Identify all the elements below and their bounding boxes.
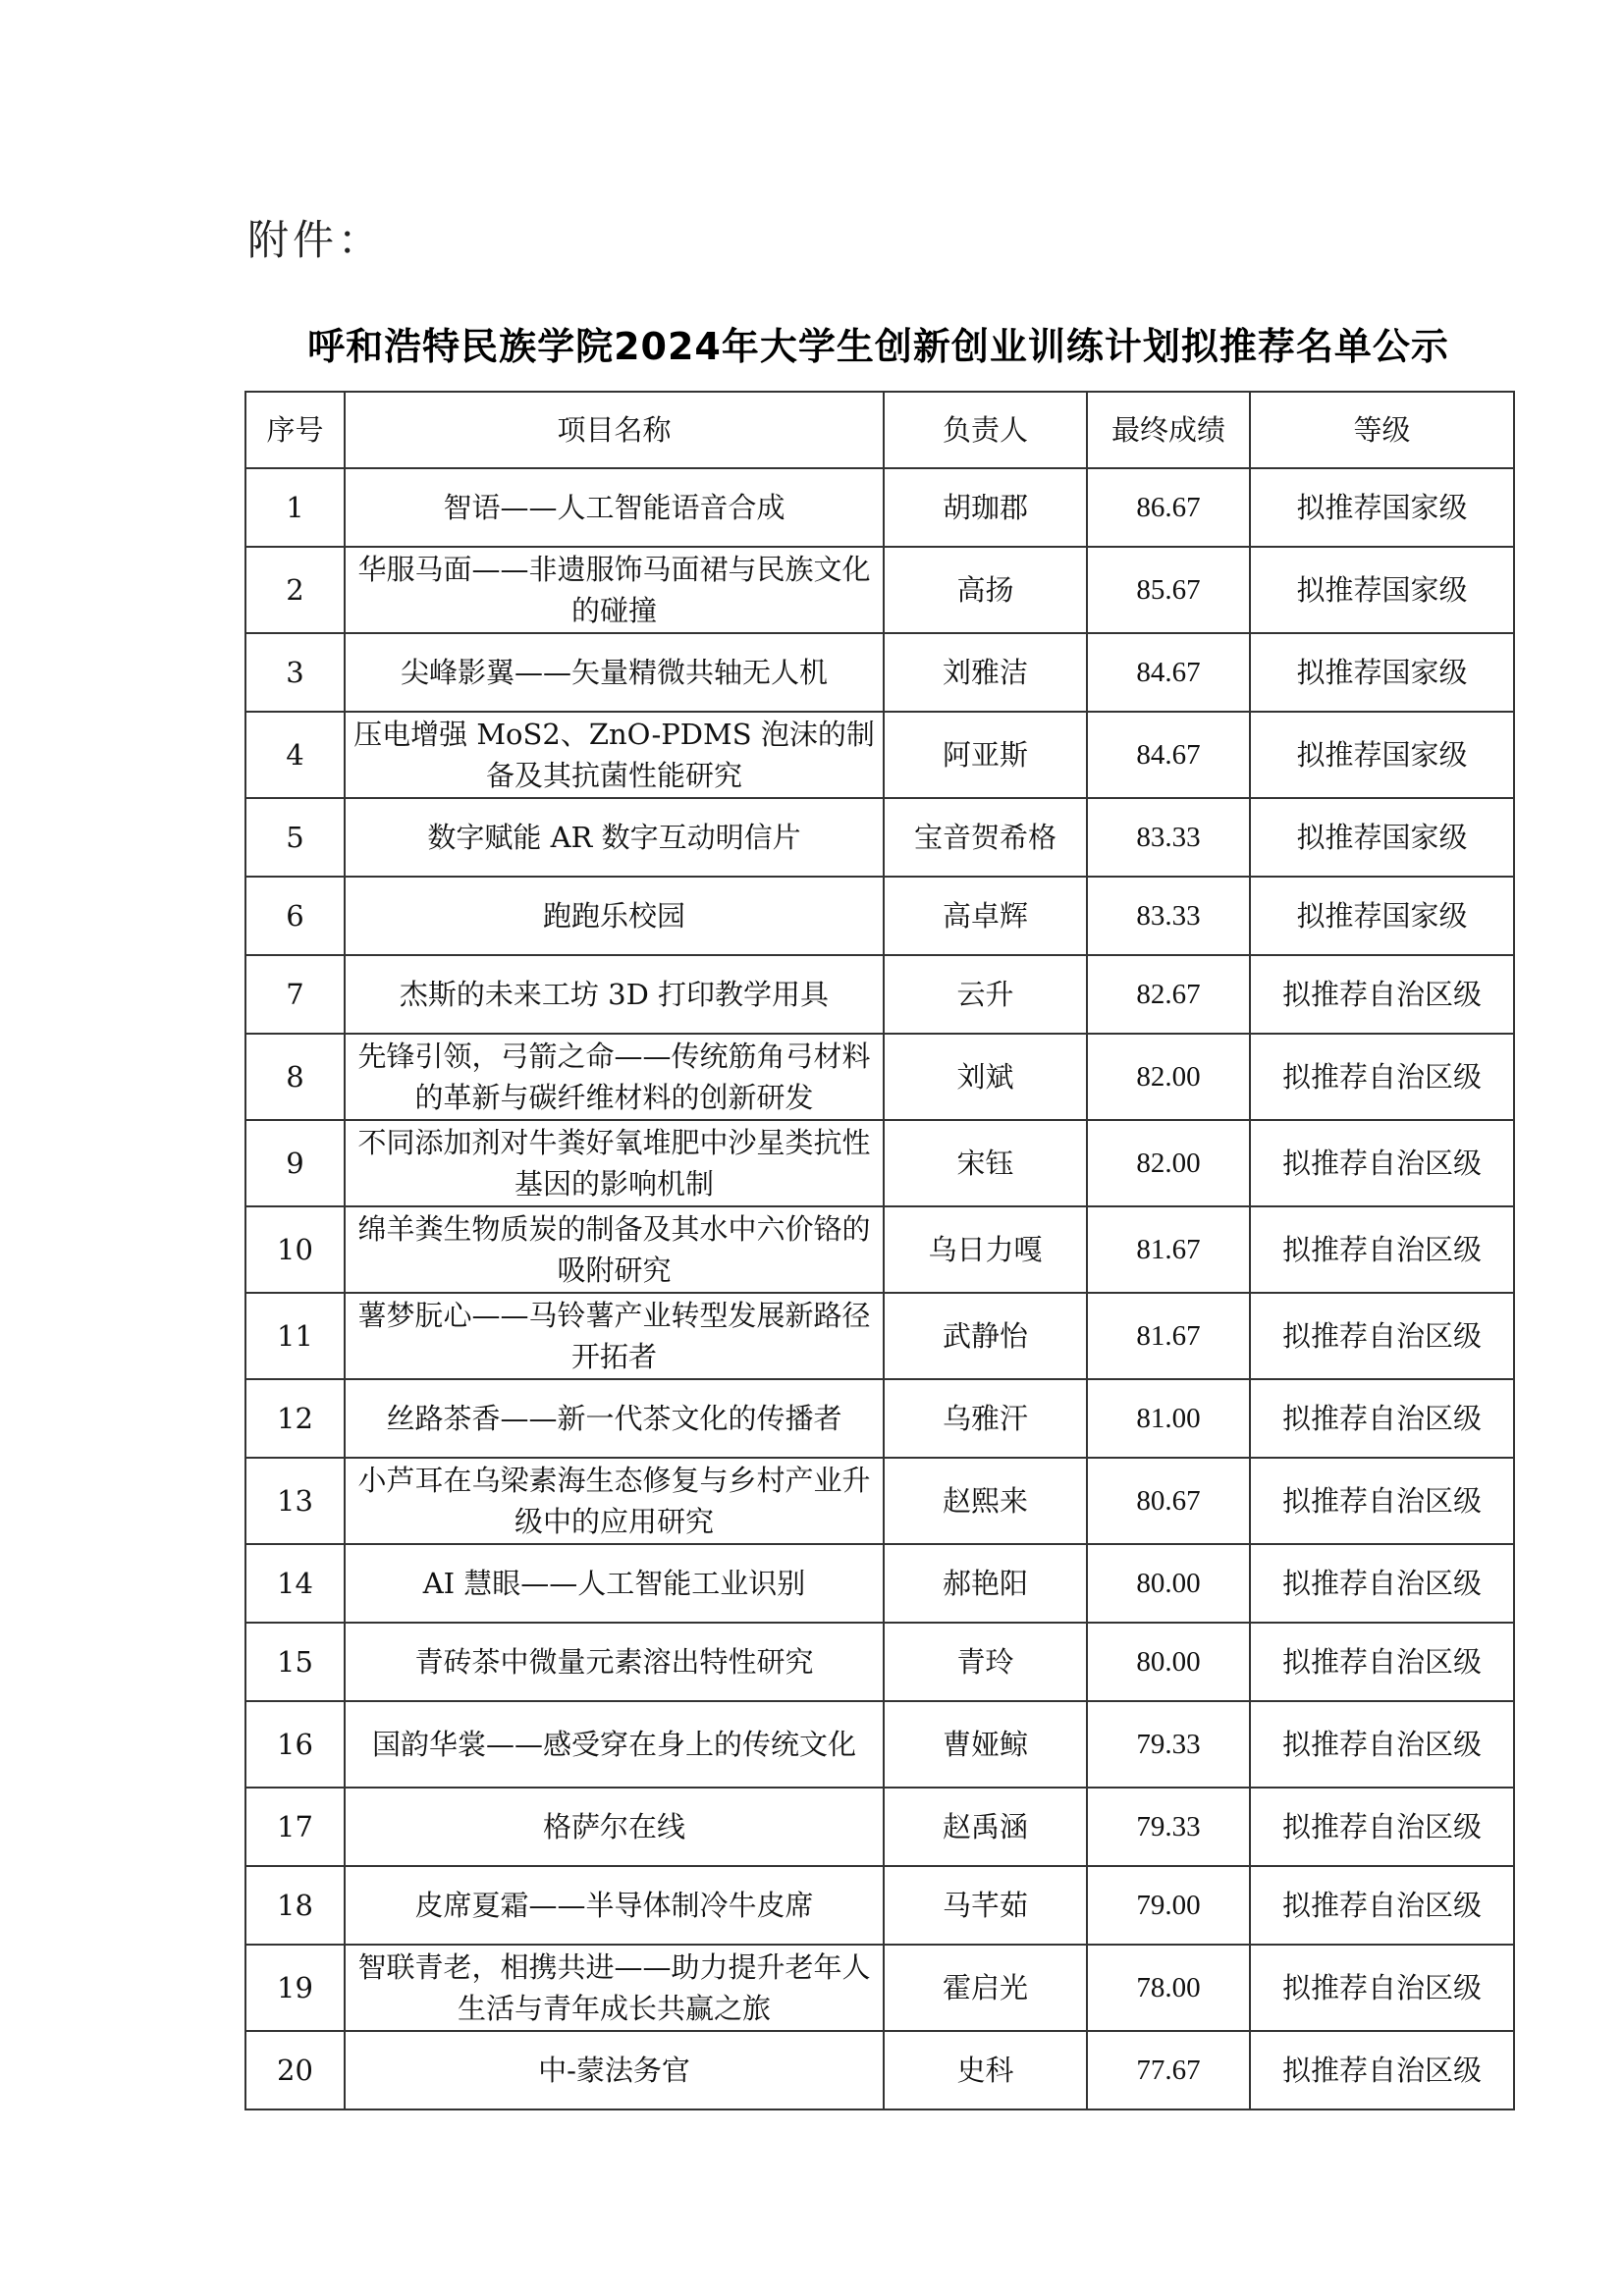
final-score: 80.00	[1087, 1544, 1250, 1623]
recommendation-table: 序号 项目名称 负责人 最终成绩 等级 1智语——人工智能语音合成胡珈郡86.6…	[244, 391, 1515, 2110]
grade-level: 拟推荐国家级	[1250, 547, 1514, 633]
table-row: 3尖峰影翼——矢量精微共轴无人机刘雅洁84.67拟推荐国家级	[245, 633, 1514, 712]
leader-name: 赵熙来	[884, 1458, 1087, 1544]
row-number: 4	[245, 712, 345, 798]
final-score: 81.67	[1087, 1293, 1250, 1379]
project-name: 丝路茶香——新一代茶文化的传播者	[345, 1379, 884, 1458]
leader-name: 史科	[884, 2031, 1087, 2109]
table-row: 11薯梦朊心——马铃薯产业转型发展新路径开拓者武静怡81.67拟推荐自治区级	[245, 1293, 1514, 1379]
final-score: 79.33	[1087, 1701, 1250, 1788]
table-row: 18皮席夏霜——半导体制冷牛皮席马芊茹79.00拟推荐自治区级	[245, 1866, 1514, 1945]
project-name: 杰斯的未来工坊 3D 打印教学用具	[345, 955, 884, 1034]
project-name: AI 慧眼——人工智能工业识别	[345, 1544, 884, 1623]
project-name: 压电增强 MoS2、ZnO-PDMS 泡沫的制备及其抗菌性能研究	[345, 712, 884, 798]
project-name: 绵羊粪生物质炭的制备及其水中六价铬的吸附研究	[345, 1206, 884, 1293]
grade-level: 拟推荐国家级	[1250, 633, 1514, 712]
grade-level: 拟推荐自治区级	[1250, 1945, 1514, 2031]
project-name: 小芦耳在乌梁素海生态修复与乡村产业升级中的应用研究	[345, 1458, 884, 1544]
row-number: 6	[245, 877, 345, 955]
row-number: 19	[245, 1945, 345, 2031]
row-number: 7	[245, 955, 345, 1034]
row-number: 5	[245, 798, 345, 877]
grade-level: 拟推荐自治区级	[1250, 1206, 1514, 1293]
final-score: 80.00	[1087, 1623, 1250, 1701]
table-row: 4压电增强 MoS2、ZnO-PDMS 泡沫的制备及其抗菌性能研究阿亚斯84.6…	[245, 712, 1514, 798]
row-number: 18	[245, 1866, 345, 1945]
final-score: 86.67	[1087, 468, 1250, 547]
table-header-row: 序号 项目名称 负责人 最终成绩 等级	[245, 392, 1514, 468]
project-name: 皮席夏霜——半导体制冷牛皮席	[345, 1866, 884, 1945]
table-row: 10绵羊粪生物质炭的制备及其水中六价铬的吸附研究乌日力嘎81.67拟推荐自治区级	[245, 1206, 1514, 1293]
attachment-label: 附件：	[247, 208, 383, 267]
final-score: 78.00	[1087, 1945, 1250, 2031]
grade-level: 拟推荐自治区级	[1250, 1293, 1514, 1379]
leader-name: 郝艳阳	[884, 1544, 1087, 1623]
leader-name: 武静怡	[884, 1293, 1087, 1379]
row-number: 13	[245, 1458, 345, 1544]
header-grade: 等级	[1250, 392, 1514, 468]
final-score: 83.33	[1087, 877, 1250, 955]
table-row: 19智联青老，相携共进——助力提升老年人生活与青年成长共赢之旅霍启光78.00拟…	[245, 1945, 1514, 2031]
row-number: 2	[245, 547, 345, 633]
leader-name: 刘斌	[884, 1034, 1087, 1120]
row-number: 20	[245, 2031, 345, 2109]
row-number: 16	[245, 1701, 345, 1788]
row-number: 12	[245, 1379, 345, 1458]
final-score: 85.67	[1087, 547, 1250, 633]
table-row: 17格萨尔在线赵禹涵79.33拟推荐自治区级	[245, 1788, 1514, 1866]
final-score: 80.67	[1087, 1458, 1250, 1544]
leader-name: 马芊茹	[884, 1866, 1087, 1945]
leader-name: 乌雅汗	[884, 1379, 1087, 1458]
grade-level: 拟推荐自治区级	[1250, 1458, 1514, 1544]
project-name: 中-蒙法务官	[345, 2031, 884, 2109]
final-score: 82.67	[1087, 955, 1250, 1034]
grade-level: 拟推荐国家级	[1250, 712, 1514, 798]
grade-level: 拟推荐自治区级	[1250, 1788, 1514, 1866]
final-score: 79.33	[1087, 1788, 1250, 1866]
table-row: 8先锋引领，弓箭之命——传统筋角弓材料的革新与碳纤维材料的创新研发刘斌82.00…	[245, 1034, 1514, 1120]
row-number: 8	[245, 1034, 345, 1120]
leader-name: 高卓辉	[884, 877, 1087, 955]
grade-level: 拟推荐自治区级	[1250, 955, 1514, 1034]
grade-level: 拟推荐自治区级	[1250, 1623, 1514, 1701]
final-score: 83.33	[1087, 798, 1250, 877]
table-row: 6跑跑乐校园高卓辉83.33拟推荐国家级	[245, 877, 1514, 955]
row-number: 17	[245, 1788, 345, 1866]
grade-level: 拟推荐自治区级	[1250, 1544, 1514, 1623]
project-name: 跑跑乐校园	[345, 877, 884, 955]
project-name: 薯梦朊心——马铃薯产业转型发展新路径开拓者	[345, 1293, 884, 1379]
final-score: 81.00	[1087, 1379, 1250, 1458]
leader-name: 曹娅鲸	[884, 1701, 1087, 1788]
grade-level: 拟推荐自治区级	[1250, 1120, 1514, 1206]
final-score: 84.67	[1087, 712, 1250, 798]
final-score: 79.00	[1087, 1866, 1250, 1945]
table-row: 2华服马面——非遗服饰马面裙与民族文化的碰撞高扬85.67拟推荐国家级	[245, 547, 1514, 633]
header-project: 项目名称	[345, 392, 884, 468]
project-name: 国韵华裳——感受穿在身上的传统文化	[345, 1701, 884, 1788]
grade-level: 拟推荐国家级	[1250, 798, 1514, 877]
final-score: 82.00	[1087, 1034, 1250, 1120]
final-score: 84.67	[1087, 633, 1250, 712]
leader-name: 刘雅洁	[884, 633, 1087, 712]
row-number: 11	[245, 1293, 345, 1379]
project-name: 数字赋能 AR 数字互动明信片	[345, 798, 884, 877]
leader-name: 云升	[884, 955, 1087, 1034]
row-number: 15	[245, 1623, 345, 1701]
table-row: 16国韵华裳——感受穿在身上的传统文化曹娅鲸79.33拟推荐自治区级	[245, 1701, 1514, 1788]
leader-name: 宝音贺希格	[884, 798, 1087, 877]
project-name: 先锋引领，弓箭之命——传统筋角弓材料的革新与碳纤维材料的创新研发	[345, 1034, 884, 1120]
table-row: 7杰斯的未来工坊 3D 打印教学用具云升82.67拟推荐自治区级	[245, 955, 1514, 1034]
leader-name: 宋钰	[884, 1120, 1087, 1206]
row-number: 10	[245, 1206, 345, 1293]
project-name: 智语——人工智能语音合成	[345, 468, 884, 547]
project-name: 尖峰影翼——矢量精微共轴无人机	[345, 633, 884, 712]
project-name: 智联青老，相携共进——助力提升老年人生活与青年成长共赢之旅	[345, 1945, 884, 2031]
table-row: 13小芦耳在乌梁素海生态修复与乡村产业升级中的应用研究赵熙来80.67拟推荐自治…	[245, 1458, 1514, 1544]
grade-level: 拟推荐国家级	[1250, 468, 1514, 547]
grade-level: 拟推荐自治区级	[1250, 1701, 1514, 1788]
project-name: 格萨尔在线	[345, 1788, 884, 1866]
grade-level: 拟推荐自治区级	[1250, 1379, 1514, 1458]
leader-name: 青玲	[884, 1623, 1087, 1701]
grade-level: 拟推荐国家级	[1250, 877, 1514, 955]
leader-name: 赵禹涵	[884, 1788, 1087, 1866]
row-number: 1	[245, 468, 345, 547]
header-leader: 负责人	[884, 392, 1087, 468]
grade-level: 拟推荐自治区级	[1250, 2031, 1514, 2109]
leader-name: 霍启光	[884, 1945, 1087, 2031]
table-row: 15青砖茶中微量元素溶出特性研究青玲80.00拟推荐自治区级	[245, 1623, 1514, 1701]
header-score: 最终成绩	[1087, 392, 1250, 468]
grade-level: 拟推荐自治区级	[1250, 1866, 1514, 1945]
row-number: 14	[245, 1544, 345, 1623]
page-title: 呼和浩特民族学院2024年大学生创新创业训练计划拟推荐名单公示	[244, 316, 1513, 370]
table-row: 12丝路茶香——新一代茶文化的传播者乌雅汗81.00拟推荐自治区级	[245, 1379, 1514, 1458]
grade-level: 拟推荐自治区级	[1250, 1034, 1514, 1120]
row-number: 9	[245, 1120, 345, 1206]
leader-name: 乌日力嘎	[884, 1206, 1087, 1293]
table-row: 5数字赋能 AR 数字互动明信片宝音贺希格83.33拟推荐国家级	[245, 798, 1514, 877]
table-row: 1智语——人工智能语音合成胡珈郡86.67拟推荐国家级	[245, 468, 1514, 547]
table-row: 20中-蒙法务官史科77.67拟推荐自治区级	[245, 2031, 1514, 2109]
leader-name: 高扬	[884, 547, 1087, 633]
final-score: 77.67	[1087, 2031, 1250, 2109]
project-name: 华服马面——非遗服饰马面裙与民族文化的碰撞	[345, 547, 884, 633]
table-row: 9不同添加剂对牛粪好氧堆肥中沙星类抗性基因的影响机制宋钰82.00拟推荐自治区级	[245, 1120, 1514, 1206]
header-no: 序号	[245, 392, 345, 468]
table-row: 14AI 慧眼——人工智能工业识别郝艳阳80.00拟推荐自治区级	[245, 1544, 1514, 1623]
final-score: 82.00	[1087, 1120, 1250, 1206]
project-name: 青砖茶中微量元素溶出特性研究	[345, 1623, 884, 1701]
row-number: 3	[245, 633, 345, 712]
leader-name: 胡珈郡	[884, 468, 1087, 547]
project-name: 不同添加剂对牛粪好氧堆肥中沙星类抗性基因的影响机制	[345, 1120, 884, 1206]
leader-name: 阿亚斯	[884, 712, 1087, 798]
final-score: 81.67	[1087, 1206, 1250, 1293]
